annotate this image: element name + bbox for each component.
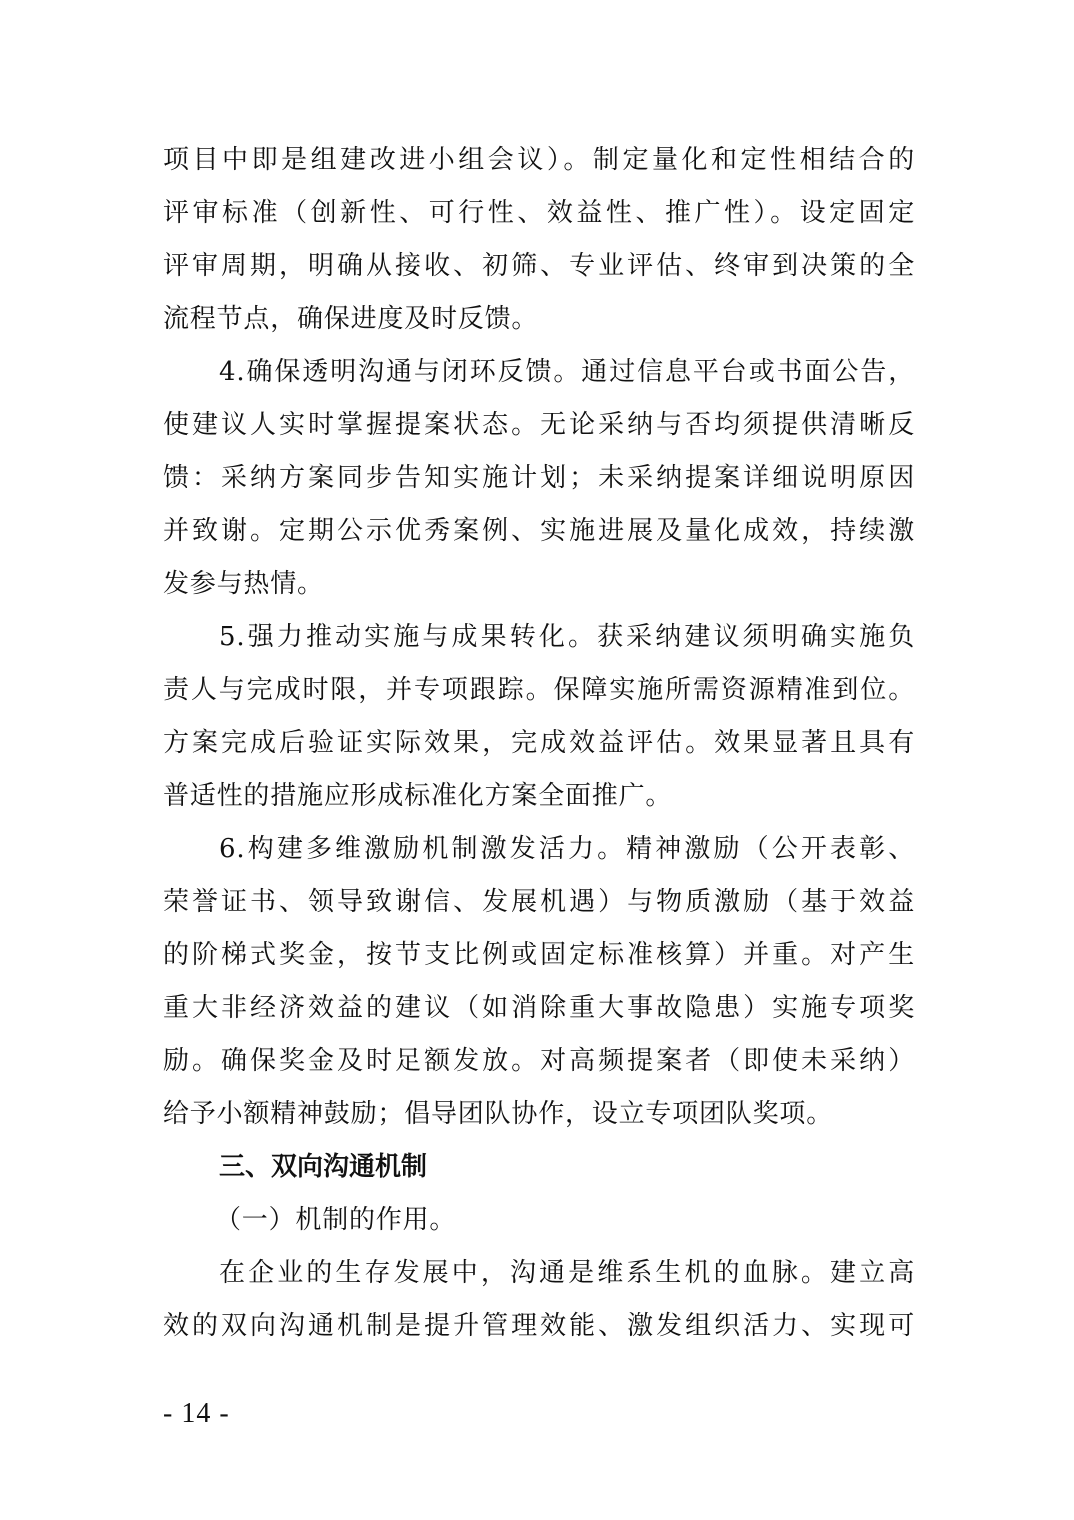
text-line: 项目中即是组建改进小组会议）。制定量化和定性相结合的: [163, 144, 915, 176]
text-line: 方案完成后验证实际效果，完成效益评估。效果显著且具有: [163, 727, 915, 759]
text-line: 发参与热情。: [163, 568, 915, 600]
text-line: 的阶梯式奖金，按节支比例或固定标准核算）并重。对产生: [163, 939, 915, 971]
text-line: 在企业的生存发展中，沟通是维系生机的血脉。建立高: [219, 1257, 915, 1289]
text-line: 励。确保奖金及时足额发放。对高频提案者（即使未采纳）: [163, 1045, 915, 1077]
text-line: 责人与完成时限，并专项跟踪。保障实施所需资源精准到位。: [163, 674, 915, 706]
page-number: - 14 -: [163, 1398, 230, 1430]
text-line: 效的双向沟通机制是提升管理效能、激发组织活力、实现可: [163, 1310, 915, 1342]
text-line: 流程节点，确保进度及时反馈。: [163, 303, 915, 335]
text-line: 4.确保透明沟通与闭环反馈。通过信息平台或书面公告，: [219, 356, 915, 388]
text-line: 评审周期，明确从接收、初筛、专业评估、终审到决策的全: [163, 250, 915, 282]
text-line: 评审标准（创新性、可行性、效益性、推广性）。设定固定: [163, 197, 915, 229]
text-line: 馈：采纳方案同步告知实施计划；未采纳提案详细说明原因: [163, 462, 915, 494]
section-heading: 三、双向沟通机制: [219, 1151, 971, 1183]
text-line: 使建议人实时掌握提案状态。无论采纳与否均须提供清晰反: [163, 409, 915, 441]
subsection-heading: （一）机制的作用。: [215, 1204, 967, 1236]
text-line: 5.强力推动实施与成果转化。获采纳建议须明确实施负: [219, 621, 915, 653]
text-line: 荣誉证书、领导致谢信、发展机遇）与物质激励（基于效益: [163, 886, 915, 918]
text-line: 6.构建多维激励机制激发活力。精神激励（公开表彰、: [219, 833, 915, 865]
text-line: 普适性的措施应形成标准化方案全面推广。: [163, 780, 915, 812]
text-line: 并致谢。定期公示优秀案例、实施进展及量化成效，持续激: [163, 515, 915, 547]
text-line: 重大非经济效益的建议（如消除重大事故隐患）实施专项奖: [163, 992, 915, 1024]
text-line: 给予小额精神鼓励；倡导团队协作，设立专项团队奖项。: [163, 1098, 915, 1130]
document-page: 项目中即是组建改进小组会议）。制定量化和定性相结合的评审标准（创新性、可行性、效…: [0, 0, 1074, 1520]
